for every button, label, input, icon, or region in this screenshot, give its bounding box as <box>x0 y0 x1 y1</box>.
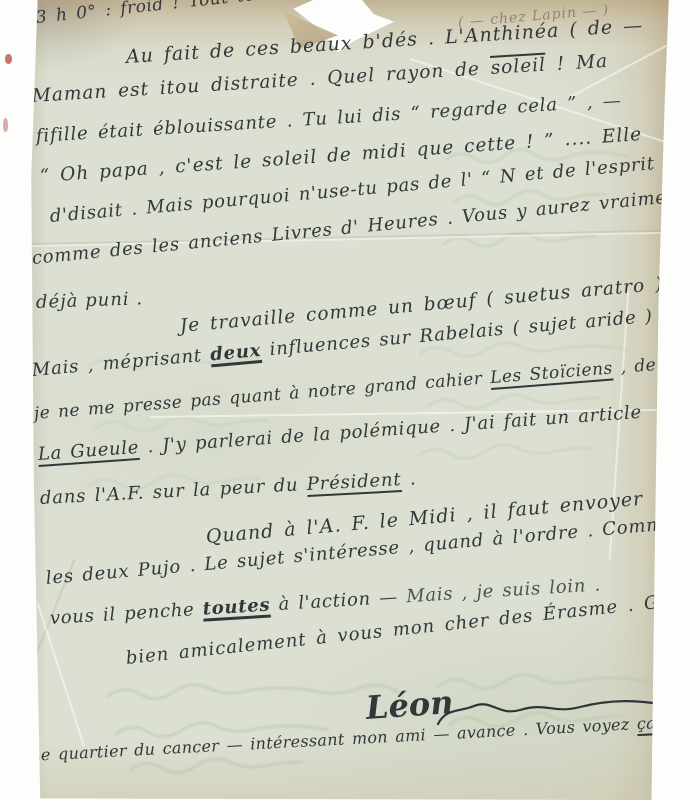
line-segment: Le quartier du cancer — intéressant mon … <box>29 714 637 765</box>
red-mark <box>5 54 12 64</box>
handwritten-line: dans l'A.F. sur la peur du Président . <box>40 470 417 508</box>
line-segment-overlined: soleil <box>490 55 547 79</box>
line-segment: , de <box>612 355 657 378</box>
letter-sheet: 3 h 0° : froid ! Tout te turne — ( — che… <box>30 0 670 800</box>
red-mark <box>3 118 8 132</box>
postscript-line: Le quartier du cancer — intéressant mon … <box>30 715 670 764</box>
line-segment: . <box>401 468 417 490</box>
handwritten-line: déjà puni . <box>36 290 144 312</box>
line-segment: ! Ma <box>545 51 608 76</box>
line-segment-underlined: ça <box>636 713 656 733</box>
line-segment-underlined: Les Stoïciens <box>489 358 613 388</box>
line-segment: déjà puni . <box>36 288 144 313</box>
line-segment-underlined: deux <box>209 340 262 365</box>
line-segment: à l'action — <box>270 586 407 615</box>
line-segment: vous il penche <box>49 599 203 629</box>
letter-photo: 3 h 0° : froid ! Tout te turne — ( — che… <box>0 0 700 800</box>
line-segment-underlined: La Gueule <box>37 437 140 465</box>
line-segment-underlined: Président <box>306 469 402 495</box>
line-segment-underlined: toutes <box>202 595 271 620</box>
line-segment: dans l'A.F. sur la peur du <box>39 474 307 509</box>
line-segment: Mais , méprisant <box>31 344 211 381</box>
line-segment: je ne me presse pas quant à notre grand … <box>33 368 491 424</box>
line-segment: . <box>655 713 669 733</box>
line-segment: . J'y parlerai de la polémique . J'ai fa… <box>138 402 642 458</box>
line-segment: Maman est itou distraite . Quel rayon de <box>31 58 491 107</box>
